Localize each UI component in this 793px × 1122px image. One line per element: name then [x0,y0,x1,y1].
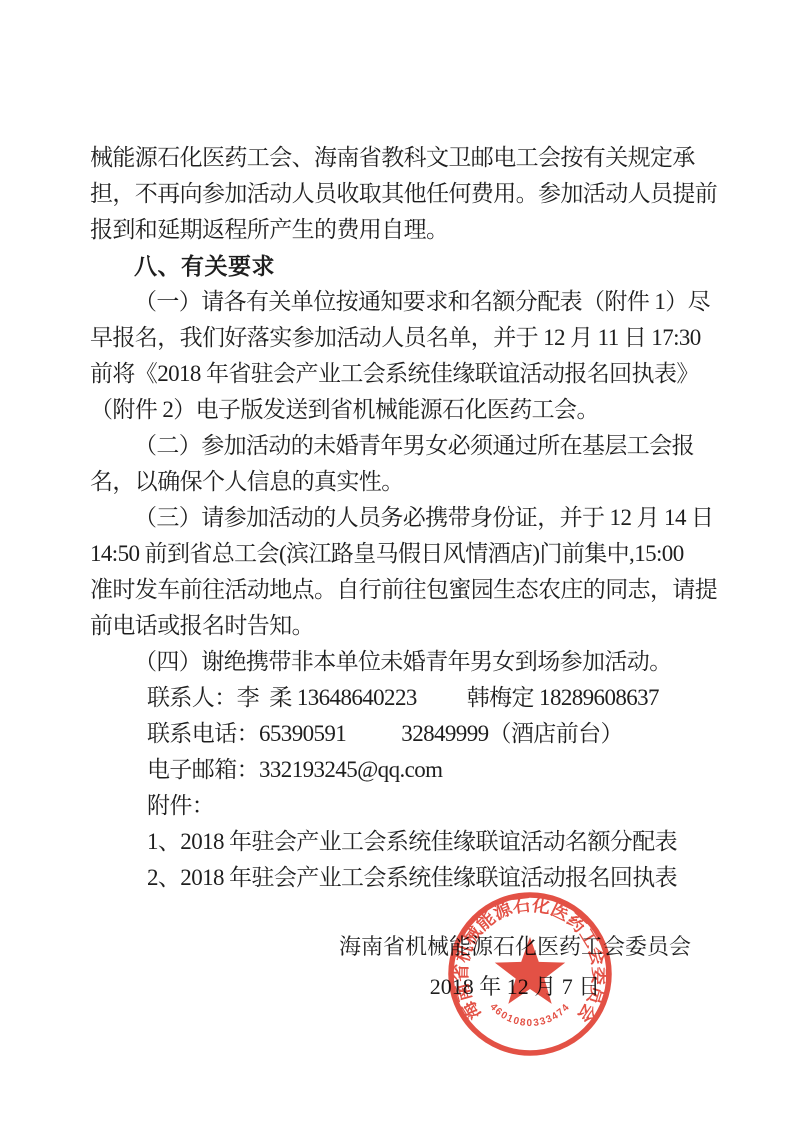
doc-line: （附件 2）电子版发送到省机械能源石化医药工会。 [90,392,709,428]
contact-phone-line: 联系电话：65390591 32849999（酒店前台） [90,716,709,752]
doc-line: （三）请参加活动的人员务必携带身份证，并于 12 月 14 日 [90,500,709,536]
doc-line: 前电话或报名时告知。 [90,608,709,644]
doc-line: 前将《2018 年省驻会产业工会系统佳缘联谊活动报名回执表》 [90,356,709,392]
contact-email-line: 电子邮箱：332193245@qq.com [90,752,709,788]
doc-line: 名，以确保个人信息的真实性。 [90,464,709,500]
doc-line: 早报名，我们好落实参加活动人员名单，并于 12 月 11 日 17:30 [90,320,709,356]
attachment-item-1: 1、2018 年驻会产业工会系统佳缘联谊活动名额分配表 [90,824,709,860]
doc-line: （一）请各有关单位按通知要求和名额分配表（附件 1）尽 [90,284,709,320]
doc-line: 准时发车前往活动地点。自行前往包蜜园生态农庄的同志，请提 [90,572,709,608]
document-page: 械能源石化医药工会、海南省教科文卫邮电工会按有关规定承 担，不再向参加活动人员收… [0,0,793,1122]
seal-serial-number: 4601080333474 [487,1001,572,1029]
attachments-label: 附件： [90,788,709,824]
doc-line: 报到和延期返程所产生的费用自理。 [90,212,709,248]
doc-line: （四）谢绝携带非本单位未婚青年男女到场参加活动。 [90,644,709,680]
section-heading: 八、有关要求 [90,248,709,284]
doc-line: 担，不再向参加活动人员收取其他任何费用。参加活动人员提前 [90,176,709,212]
star-icon [495,937,565,1004]
contact-person-line: 联系人：李 柔 13648640223 韩梅定 18289608637 [90,680,709,716]
doc-line: 械能源石化医药工会、海南省教科文卫邮电工会按有关规定承 [90,140,709,176]
attachment-item-2: 2、2018 年驻会产业工会系统佳缘联谊活动报名回执表 [90,860,709,896]
official-seal: 海南省机械能源石化医药工会委员会 4601080333474 [446,890,614,1058]
doc-line: 14:50 前到省总工会(滨江路皇马假日风情酒店)门前集中,15:00 [90,536,709,572]
doc-line: （二）参加活动的未婚青年男女必须通过所在基层工会报 [90,428,709,464]
document-body: 械能源石化医药工会、海南省教科文卫邮电工会按有关规定承 担，不再向参加活动人员收… [0,0,793,896]
